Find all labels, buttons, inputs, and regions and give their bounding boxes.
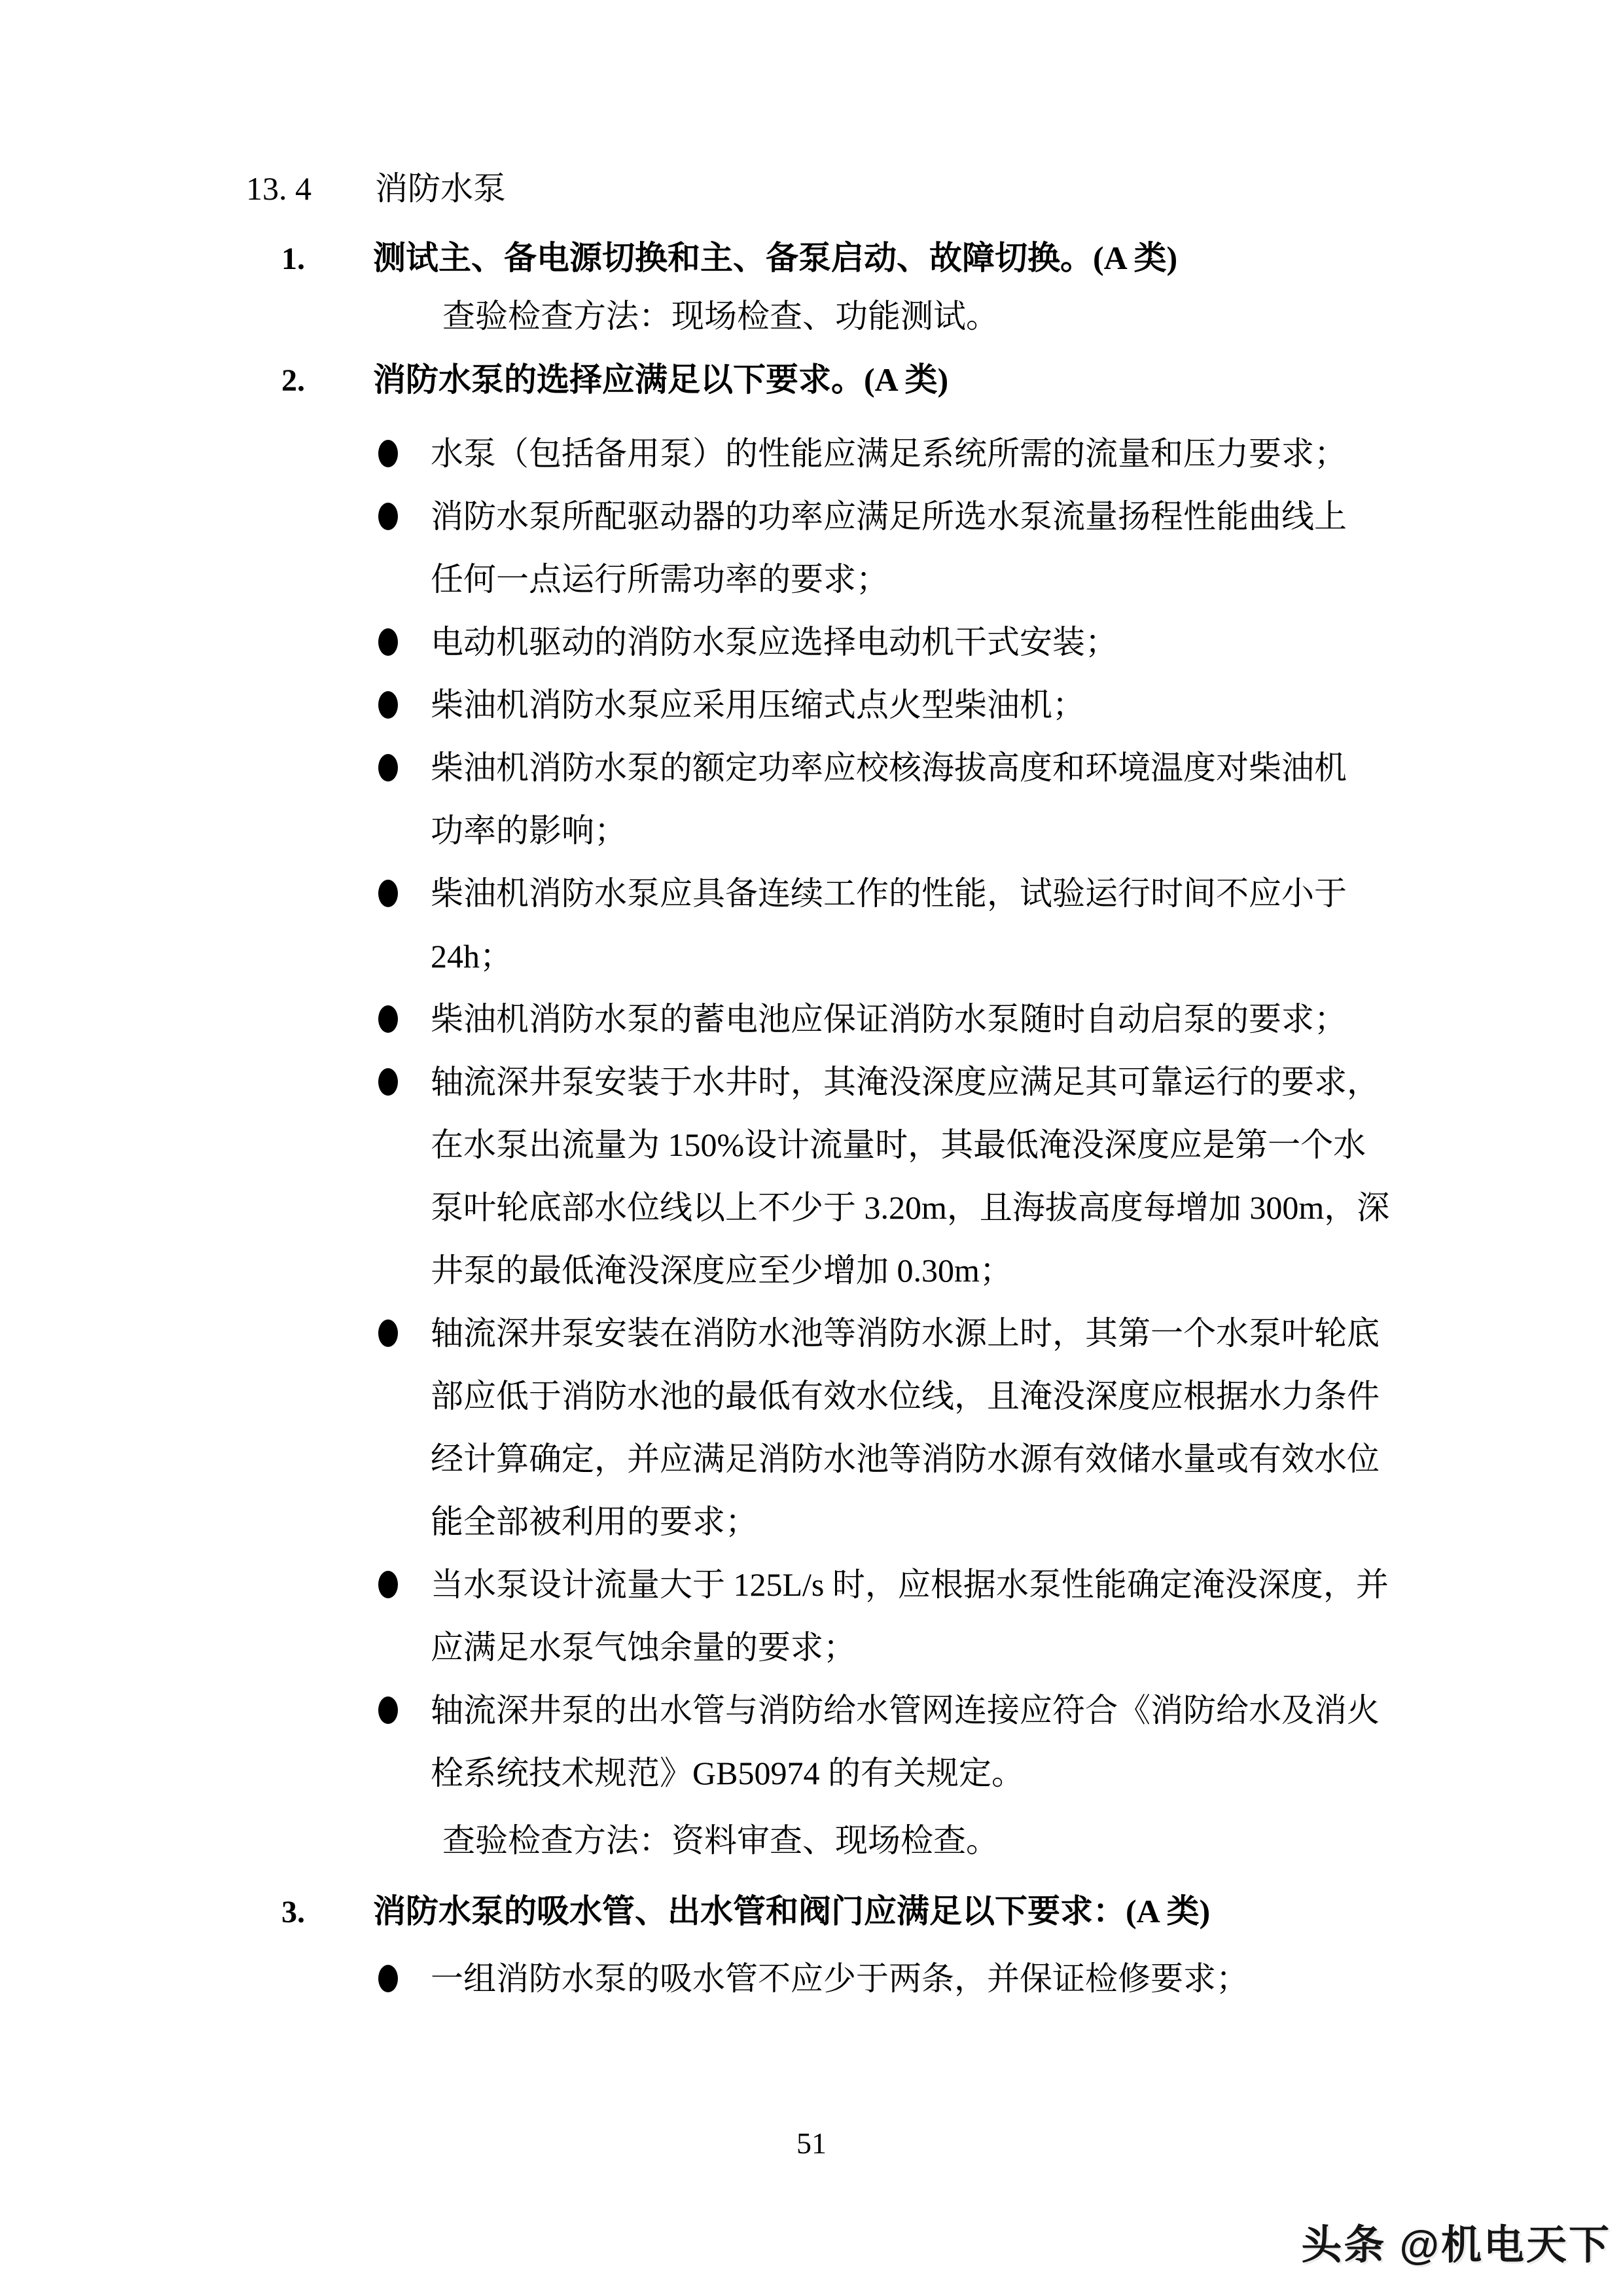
bullet-line: 柴油机消防水泵应采用压缩式点火型柴油机；: [431, 673, 1389, 736]
bullet-item: 轴流深井泵安装于水井时，其淹没深度应满足其可靠运行的要求， 在水泵出流量为 15…: [378, 1050, 1389, 1302]
bullet-item: 轴流深井泵的出水管与消防给水管网连接应符合《消防给水及消火 栓系统技术规范》GB…: [378, 1679, 1389, 1804]
bullet-line: 水泵（包括备用泵）的性能应满足系统所需的流量和压力要求；: [431, 422, 1389, 485]
item-1-number: 1.: [281, 228, 373, 291]
bullet-line: 栓系统技术规范》GB50974 的有关规定。: [431, 1742, 1389, 1804]
bullet-item: 当水泵设计流量大于 125L/s 时，应根据水泵性能确定淹没深度，并 应满足水泵…: [378, 1553, 1389, 1679]
item-1-heading: 1.测试主、备电源切换和主、备泵启动、故障切换。(A 类): [281, 226, 1177, 289]
bullet-item: 柴油机消防水泵的额定功率应校核海拔高度和环境温度对柴油机 功率的影响；: [378, 736, 1389, 862]
bullet-icon: [378, 754, 398, 781]
bullet-icon: [378, 503, 398, 530]
item-3-heading: 3.消防水泵的吸水管、出水管和阀门应满足以下要求：(A 类): [281, 1880, 1210, 1943]
bullet-line: 24h；: [431, 925, 1389, 988]
bullet-item: 电动机驱动的消防水泵应选择电动机干式安装；: [378, 611, 1389, 673]
section-title: 消防水泵: [375, 170, 506, 207]
bullet-line: 任何一点运行所需功率的要求；: [431, 548, 1389, 611]
bullet-line: 部应低于消防水池的最低有效水位线，且淹没深度应根据水力条件: [431, 1365, 1389, 1427]
document-page: 13. 4消防水泵 1.测试主、备电源切换和主、备泵启动、故障切换。(A 类) …: [0, 0, 1623, 2296]
bullet-item: 一组消防水泵的吸水管不应少于两条，并保证检修要求；: [378, 1947, 1249, 2010]
bullet-icon: [378, 628, 398, 656]
bullet-line: 应满足水泵气蚀余量的要求；: [431, 1616, 1389, 1679]
item-2-number: 2.: [281, 350, 373, 412]
item-3-title: 消防水泵的吸水管、出水管和阀门应满足以下要求：(A 类): [373, 1893, 1210, 1929]
item-2-title: 消防水泵的选择应满足以下要求。(A 类): [373, 361, 948, 398]
page-number: 51: [0, 2123, 1623, 2164]
section-heading: 13. 4消防水泵: [246, 157, 506, 220]
item-3-bullet-list: 一组消防水泵的吸水管不应少于两条，并保证检修要求；: [378, 1947, 1249, 2010]
bullet-line: 柴油机消防水泵的额定功率应校核海拔高度和环境温度对柴油机: [431, 736, 1389, 799]
bullet-item: 柴油机消防水泵的蓄电池应保证消防水泵随时自动启泵的要求；: [378, 988, 1389, 1050]
bullet-line: 轴流深井泵安装在消防水池等消防水源上时，其第一个水泵叶轮底: [431, 1302, 1389, 1365]
bullet-line: 当水泵设计流量大于 125L/s 时，应根据水泵性能确定淹没深度，并: [431, 1553, 1389, 1616]
bullet-item: 消防水泵所配驱动器的功率应满足所选水泵流量扬程性能曲线上 任何一点运行所需功率的…: [378, 485, 1389, 611]
bullet-line: 轴流深井泵的出水管与消防给水管网连接应符合《消防给水及消火: [431, 1679, 1389, 1742]
bullet-line: 电动机驱动的消防水泵应选择电动机干式安装；: [431, 611, 1389, 673]
bullet-icon: [378, 880, 398, 907]
bullet-line: 经计算确定，并应满足消防水池等消防水源有效储水量或有效水位: [431, 1427, 1389, 1490]
bullet-item: 柴油机消防水泵应采用压缩式点火型柴油机；: [378, 673, 1389, 736]
bullet-item: 柴油机消防水泵应具备连续工作的性能，试验运行时间不应小于 24h；: [378, 862, 1389, 988]
bullet-line: 柴油机消防水泵的蓄电池应保证消防水泵随时自动启泵的要求；: [431, 988, 1389, 1050]
bullet-line: 井泵的最低淹没深度应至少增加 0.30m；: [431, 1239, 1389, 1302]
bullet-icon: [378, 1965, 398, 1992]
item-3-number: 3.: [281, 1881, 373, 1944]
section-number: 13. 4: [246, 157, 375, 220]
bullet-icon: [378, 1005, 398, 1033]
bullet-line: 轴流深井泵安装于水井时，其淹没深度应满足其可靠运行的要求，: [431, 1050, 1389, 1113]
bullet-item: 轴流深井泵安装在消防水池等消防水源上时，其第一个水泵叶轮底 部应低于消防水池的最…: [378, 1302, 1389, 1553]
bullet-line: 能全部被利用的要求；: [431, 1490, 1389, 1553]
watermark: 头条 @机电天下: [1301, 2217, 1611, 2274]
item-2-heading: 2.消防水泵的选择应满足以下要求。(A 类): [281, 348, 948, 411]
bullet-line: 柴油机消防水泵应具备连续工作的性能，试验运行时间不应小于: [431, 862, 1389, 925]
bullet-line: 消防水泵所配驱动器的功率应满足所选水泵流量扬程性能曲线上: [431, 485, 1389, 548]
bullet-item: 水泵（包括备用泵）的性能应满足系统所需的流量和压力要求；: [378, 422, 1389, 485]
bullet-line: 功率的影响；: [431, 799, 1389, 862]
item-2-method: 查验检查方法：资料审查、现场检查。: [442, 1809, 999, 1872]
item-1-method: 查验检查方法：现场检查、功能测试。: [442, 285, 999, 348]
bullet-icon: [378, 1319, 398, 1347]
bullet-line: 泵叶轮底部水位线以上不少于 3.20m，且海拔高度每增加 300m，深: [431, 1176, 1389, 1239]
bullet-icon: [378, 1068, 398, 1096]
bullet-icon: [378, 1696, 398, 1724]
item-1-title: 测试主、备电源切换和主、备泵启动、故障切换。(A 类): [373, 240, 1177, 276]
bullet-icon: [378, 440, 398, 467]
item-2-bullet-list: 水泵（包括备用泵）的性能应满足系统所需的流量和压力要求； 消防水泵所配驱动器的功…: [378, 422, 1389, 1804]
bullet-icon: [378, 1571, 398, 1598]
bullet-icon: [378, 691, 398, 719]
bullet-line: 一组消防水泵的吸水管不应少于两条，并保证检修要求；: [431, 1947, 1249, 2010]
bullet-line: 在水泵出流量为 150%设计流量时，其最低淹没深度应是第一个水: [431, 1113, 1389, 1176]
